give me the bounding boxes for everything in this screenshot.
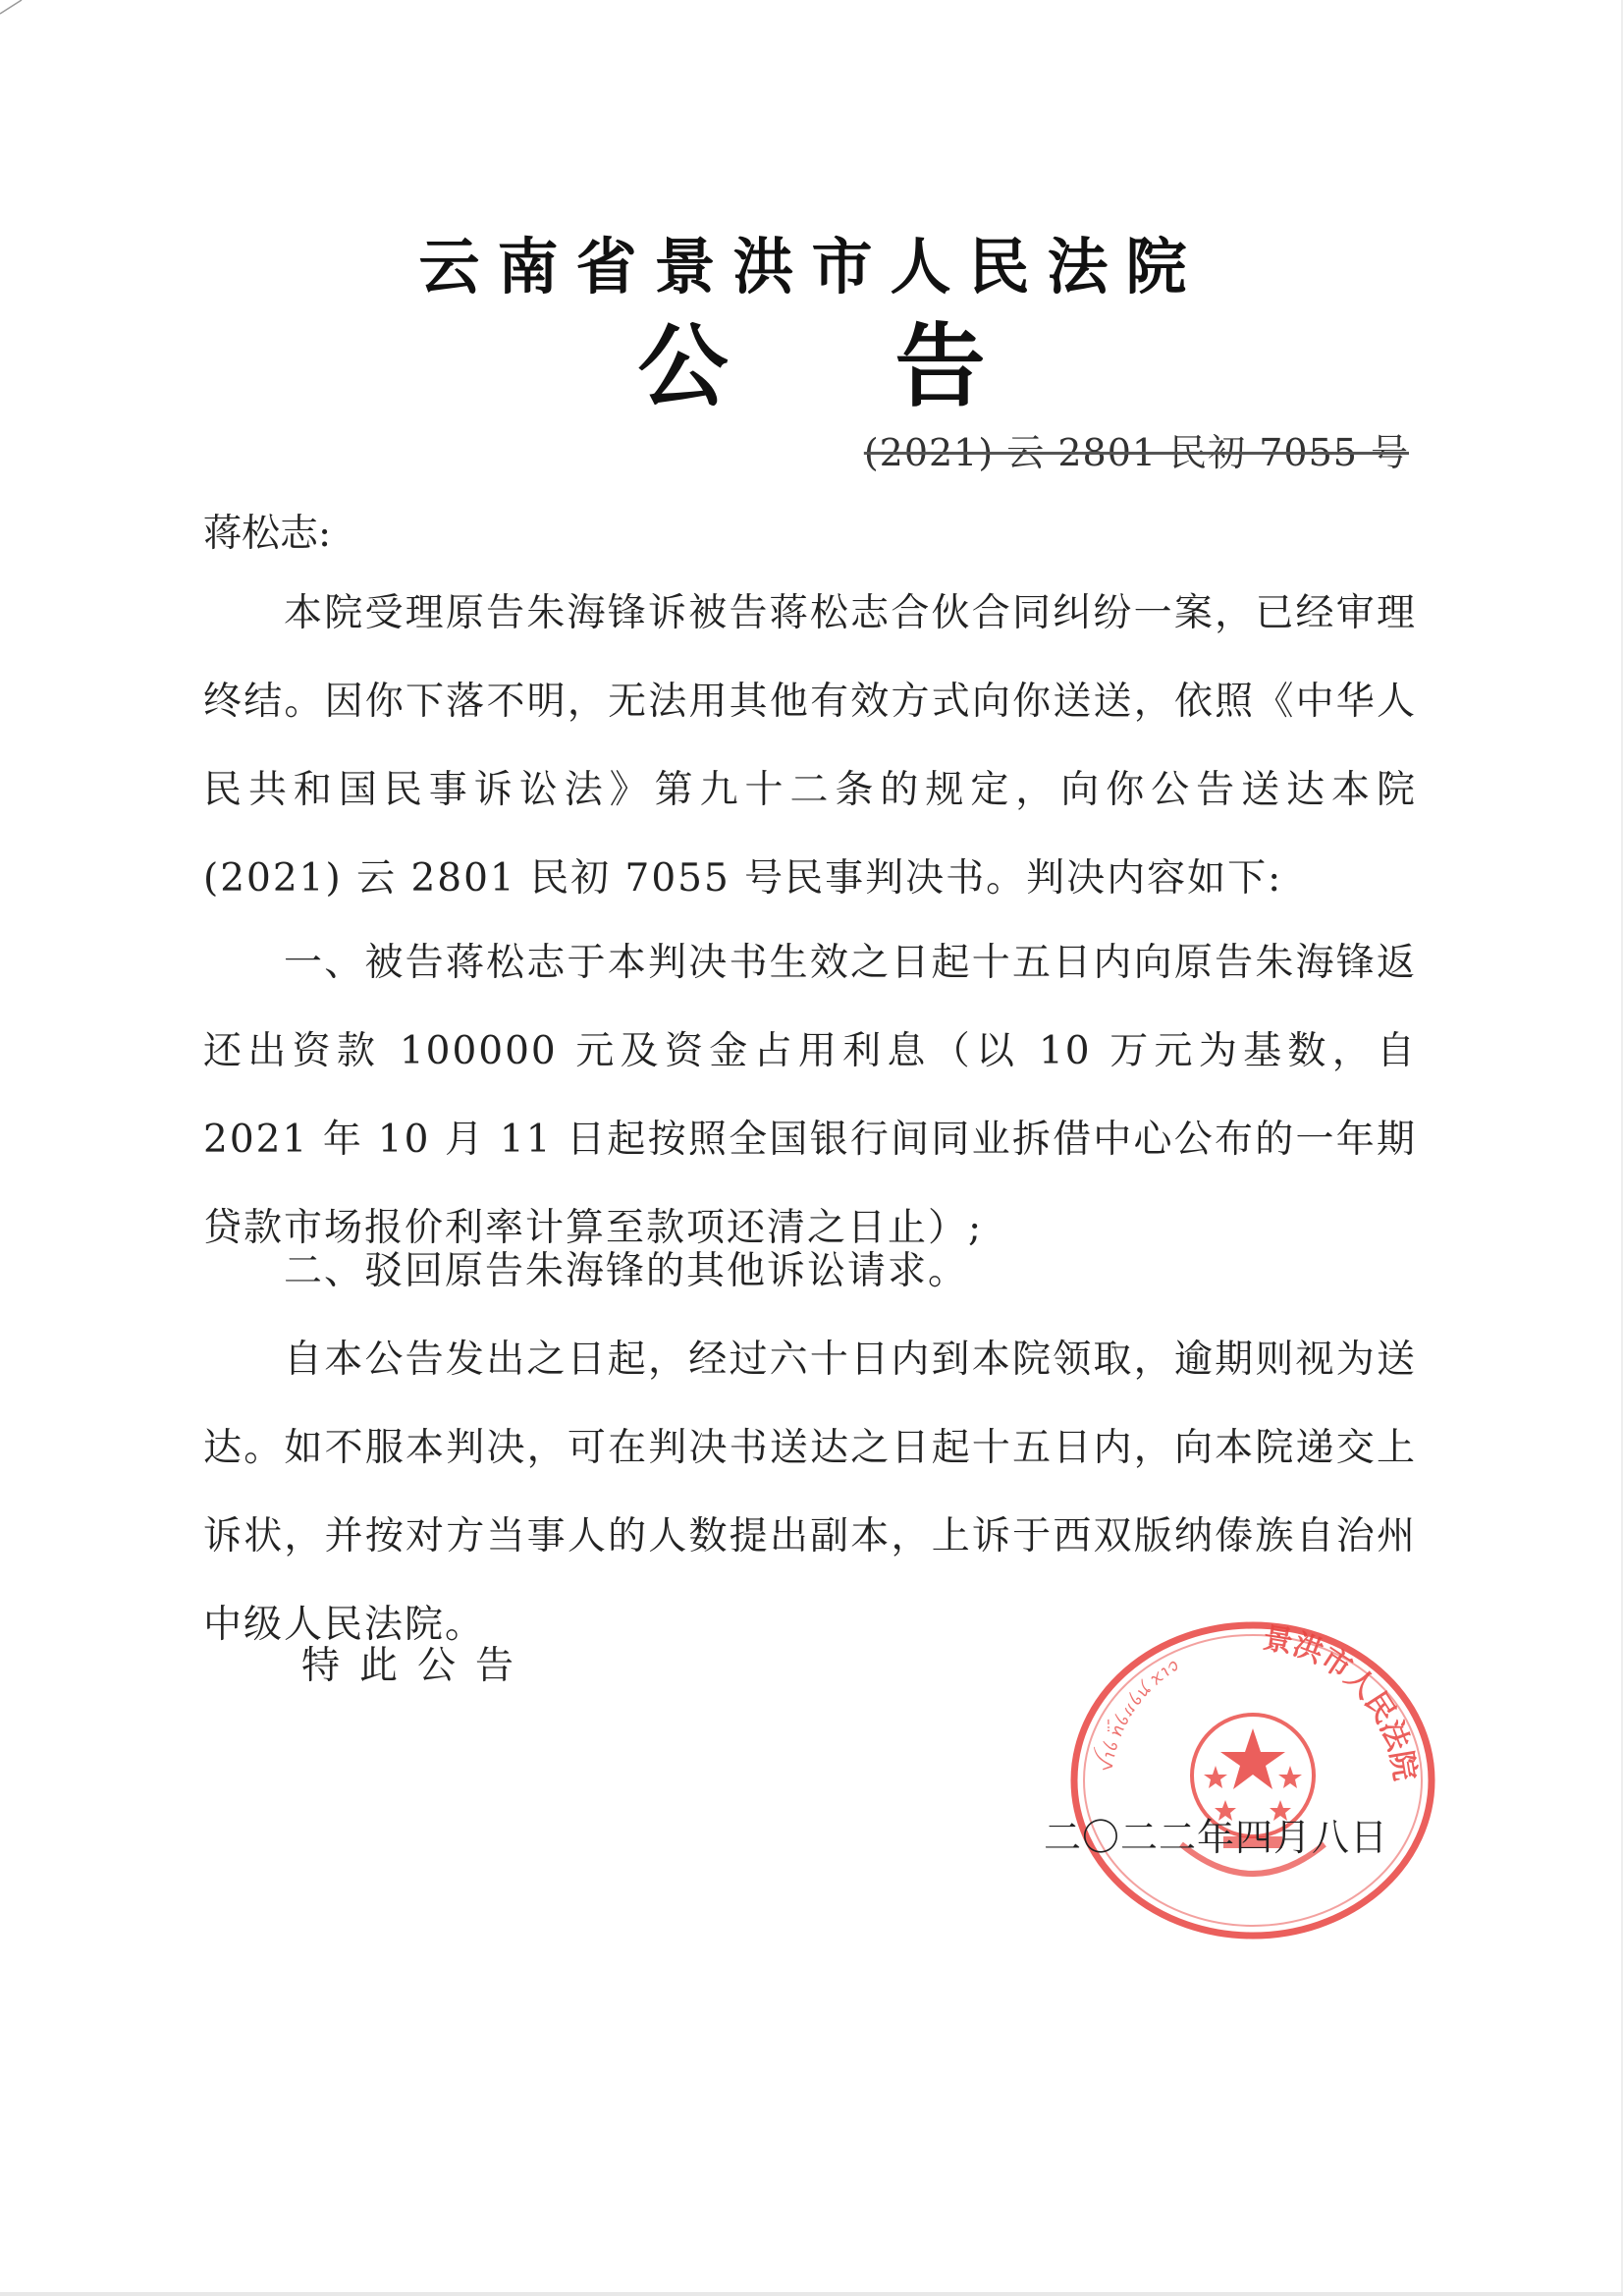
paragraph-notice: 本院受理原告朱海锋诉被告蒋松志合伙合同纠纷一案，已经审理终结。因你下落不明，无法… [203,570,1417,923]
scan-edge-bottom [0,2292,1623,2296]
paragraph-appeal-notice: 自本公告发出之日起，经过六十日内到本院领取，逾期则视为送达。如不服本判决，可在判… [203,1316,1417,1669]
paragraph-text: 自本公告发出之日起，经过六十日内到本院领取，逾期则视为送达。如不服本判决，可在判… [203,1316,1417,1669]
closing-statement: 特此公告 [301,1635,533,1690]
addressee: 蒋松志: [203,503,331,558]
paragraph-judgment-item-1: 一、被告蒋松志于本判决书生效之日起十五日内向原告朱海锋返还出资款 100000 … [203,919,1417,1273]
paragraph-text: 二、驳回原告朱海锋的其他诉讼请求。 [203,1228,1417,1316]
paragraph-text: 一、被告蒋松志于本判决书生效之日起十五日内向原告朱海锋返还出资款 100000 … [203,919,1417,1273]
court-name-heading: 云南省景洪市人民法院 [0,218,1623,305]
paragraph-judgment-item-2: 二、驳回原告朱海锋的其他诉讼请求。 [203,1228,1417,1316]
document-title: 公告 [0,295,1623,424]
issue-date: 二〇二二年四月八日 [1044,1807,1388,1861]
court-seal-icon: 景洪市人民法院 ꪜꪱꪉ ꪀꪾꪉꪵꪉꪙ ꪎꪱꪫ [1063,1618,1442,1942]
scan-corner-mark [0,0,39,39]
case-number: (2021) 云 2801 民初 7055 号 [864,422,1409,476]
paragraph-text: 本院受理原告朱海锋诉被告蒋松志合伙合同纠纷一案，已经审理终结。因你下落不明，无法… [203,570,1417,923]
